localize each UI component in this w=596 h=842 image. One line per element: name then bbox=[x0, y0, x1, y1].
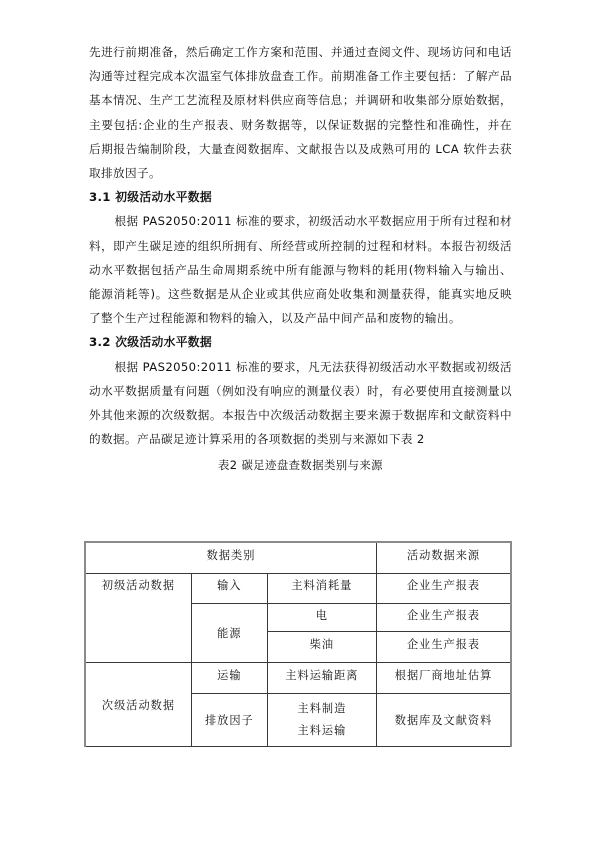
document-page: 先进行前期准备，然后确定工作方案和范围、并通过查阅文件、现场访问和电话沟通等过程… bbox=[89, 40, 512, 477]
header-activity-source: 活动数据来源 bbox=[377, 542, 511, 574]
source-cell: 企业生产报表 bbox=[377, 604, 511, 632]
type-cell: 运输 bbox=[192, 663, 268, 694]
item-cell: 柴油 bbox=[267, 632, 376, 663]
item-line: 主料运输 bbox=[270, 720, 374, 742]
item-cell: 主料制造 主料运输 bbox=[267, 694, 376, 747]
section-3-2-paragraph: 根据 PAS2050:2011 标准的要求，凡无法获得初级活动水平数据或初级活动… bbox=[89, 355, 512, 452]
section-3-1-heading: 3.1 初级活动水平数据 bbox=[89, 185, 512, 209]
table-caption: 表2 碳足迹盘查数据类别与来源 bbox=[89, 453, 512, 477]
section-3-1-paragraph: 根据 PAS2050:2011 标准的要求，初级活动水平数据应用于所有过程和材料… bbox=[89, 209, 512, 330]
table-row: 次级活动数据 运输 主料运输距离 根据厂商地址估算 bbox=[85, 663, 511, 694]
data-category-table: 数据类别 活动数据来源 初级活动数据 输入 主料消耗量 企业生产报表 能源 电 … bbox=[84, 541, 512, 747]
intro-paragraph: 先进行前期准备，然后确定工作方案和范围、并通过查阅文件、现场访问和电话沟通等过程… bbox=[89, 40, 512, 185]
header-data-category: 数据类别 bbox=[85, 542, 377, 574]
source-cell: 数据库及文献资料 bbox=[377, 694, 511, 747]
item-cell: 主料消耗量 bbox=[267, 574, 376, 604]
type-cell: 排放因子 bbox=[192, 694, 268, 747]
table-header-row: 数据类别 活动数据来源 bbox=[85, 542, 511, 574]
group-secondary-data: 次级活动数据 bbox=[85, 663, 192, 747]
group-primary-data: 初级活动数据 bbox=[85, 574, 192, 663]
source-cell: 企业生产报表 bbox=[377, 574, 511, 604]
source-cell: 根据厂商地址估算 bbox=[377, 663, 511, 694]
source-cell: 企业生产报表 bbox=[377, 632, 511, 663]
item-line: 主料制造 bbox=[270, 698, 374, 720]
table-row: 初级活动数据 输入 主料消耗量 企业生产报表 bbox=[85, 574, 511, 604]
section-3-2-heading: 3.2 次级活动水平数据 bbox=[89, 330, 512, 354]
item-cell: 主料运输距离 bbox=[267, 663, 376, 694]
type-cell: 能源 bbox=[192, 604, 268, 663]
item-cell: 电 bbox=[267, 604, 376, 632]
type-cell: 输入 bbox=[192, 574, 268, 604]
